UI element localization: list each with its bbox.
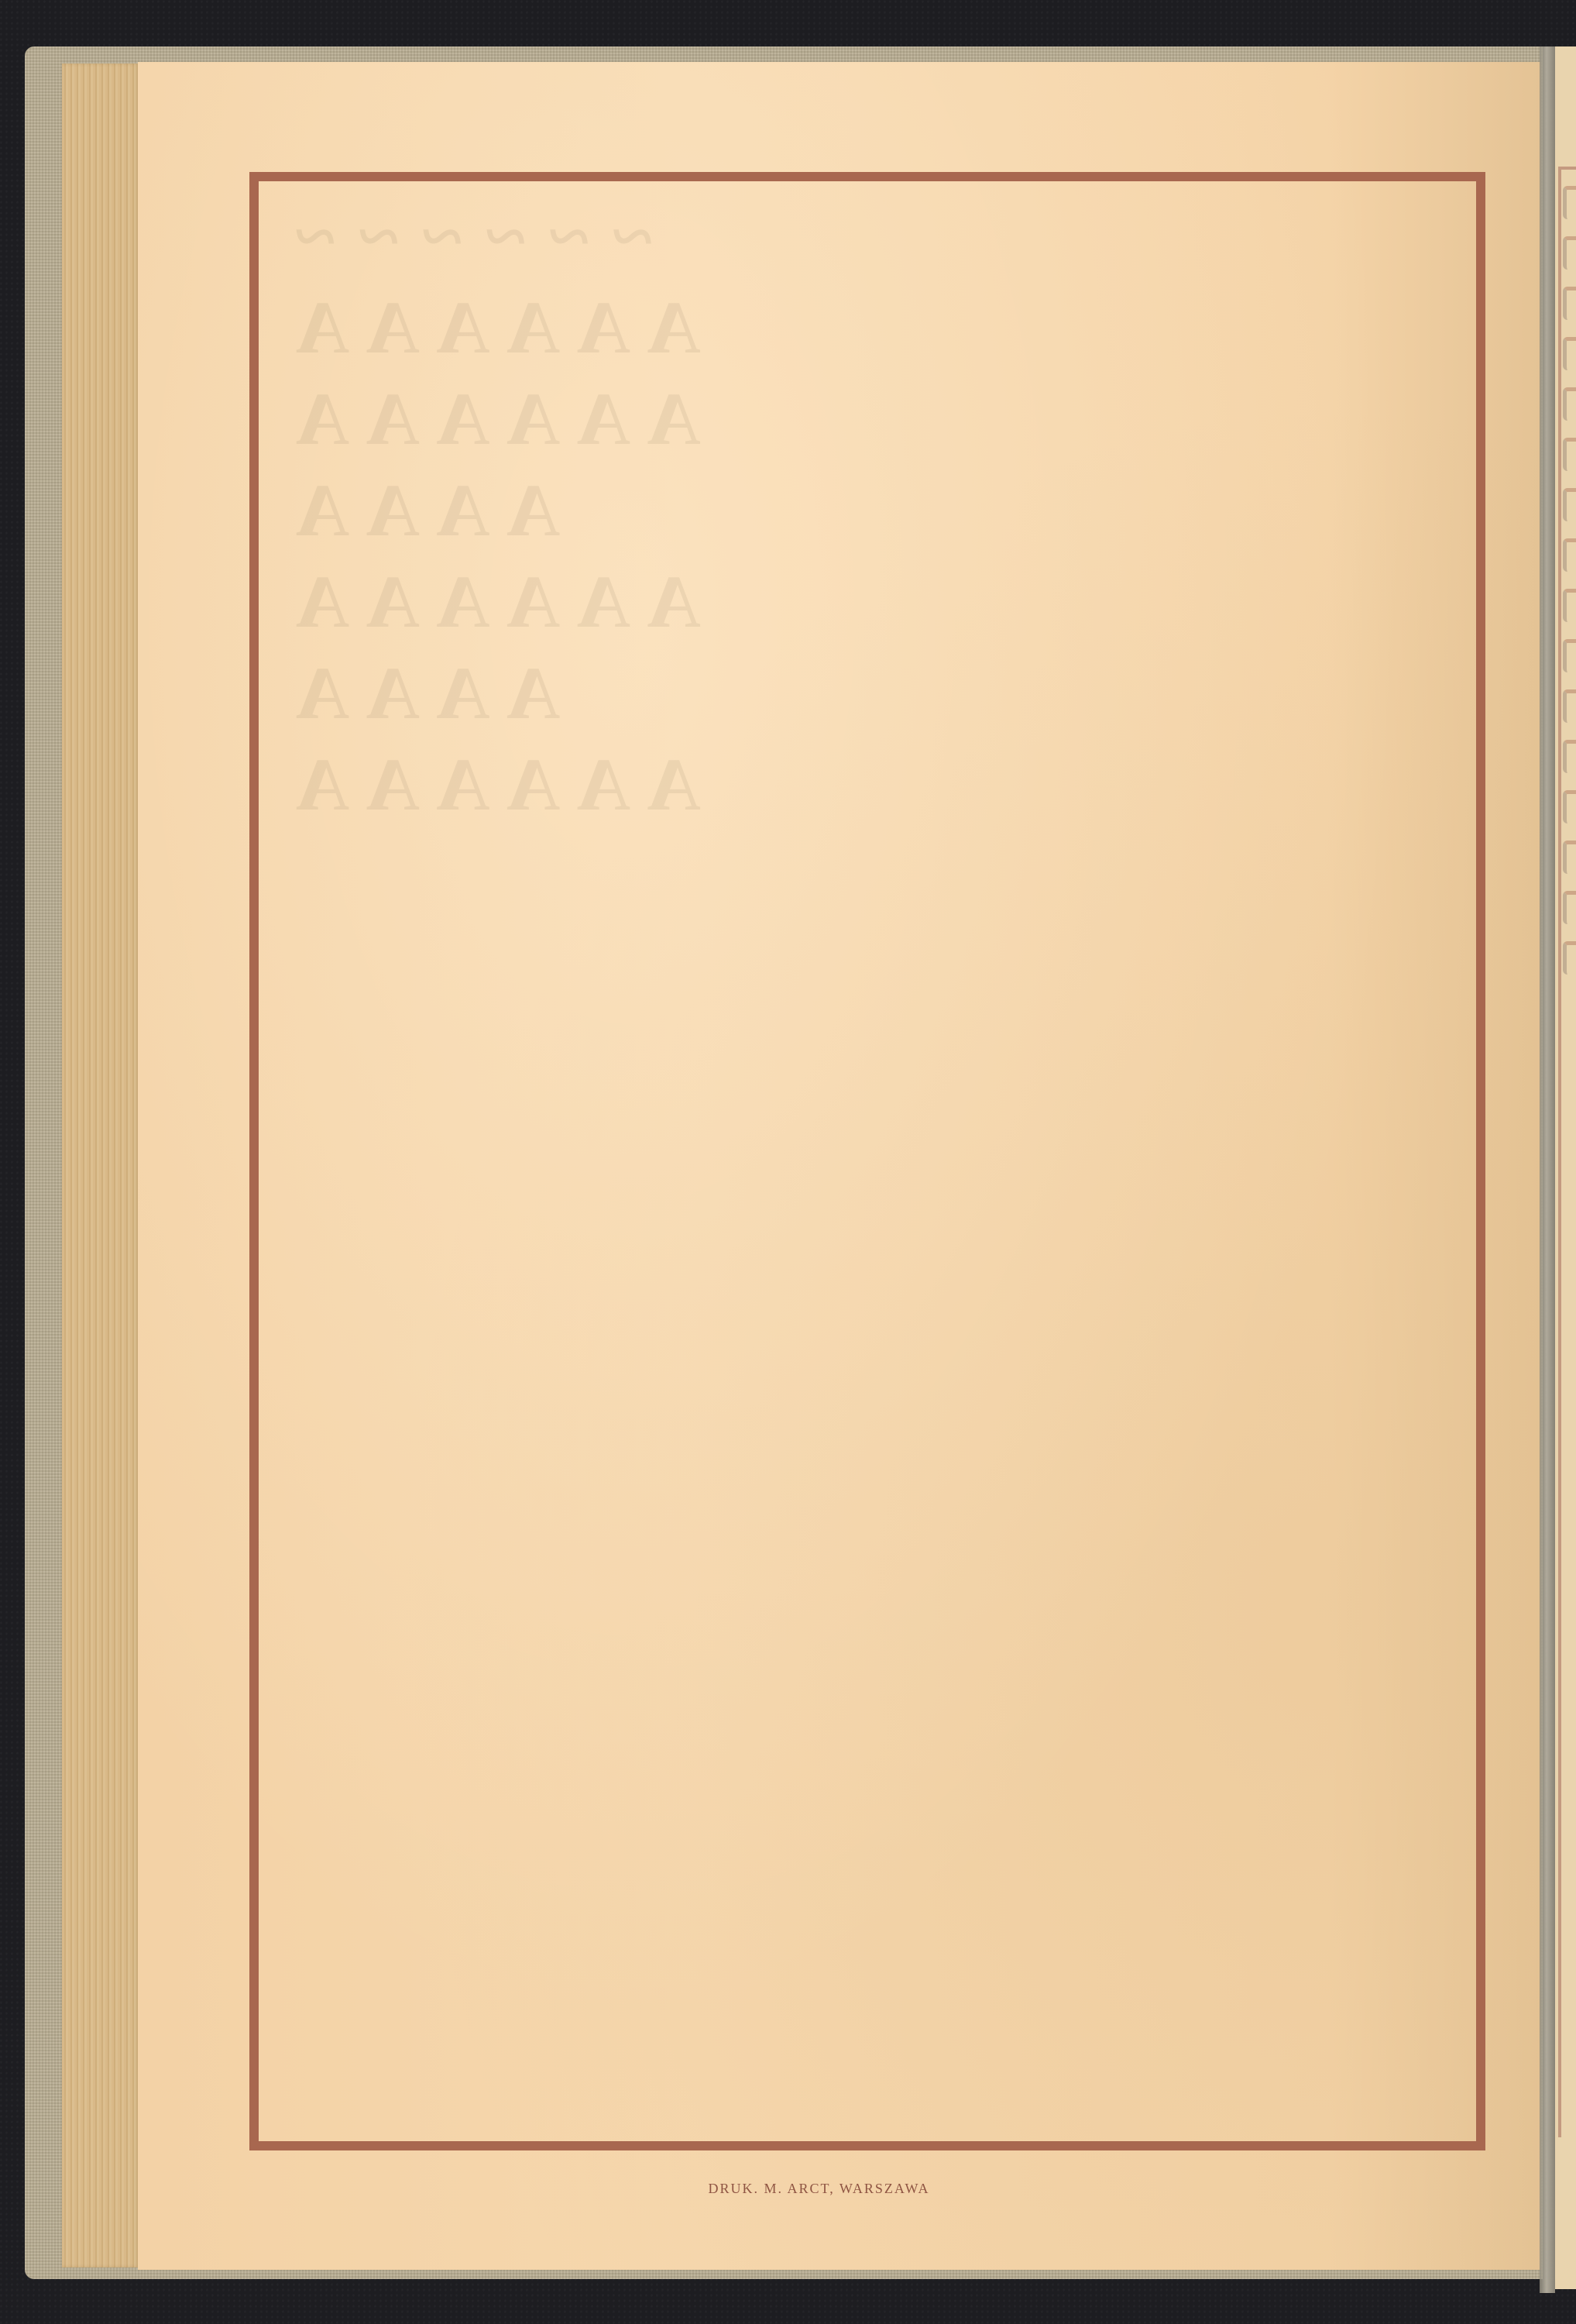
ornament-glyph — [1563, 891, 1576, 924]
ornament-glyph — [1563, 841, 1576, 874]
ornament-glyph — [1563, 236, 1576, 270]
ornament-glyph — [1563, 387, 1576, 421]
ornament-glyph — [1563, 538, 1576, 572]
ornament-glyph — [1563, 186, 1576, 219]
ornament-glyph — [1563, 287, 1576, 320]
ornament-glyph — [1563, 589, 1576, 622]
facing-page-ornaments — [1563, 186, 1576, 975]
decorative-border-frame — [249, 172, 1485, 2150]
page-edges — [62, 64, 139, 2267]
ornament-glyph — [1563, 941, 1576, 975]
printer-imprint: DRUK. M. ARCT, WARSZAWA — [0, 2181, 1576, 2197]
ornament-glyph — [1563, 337, 1576, 370]
ornament-glyph — [1563, 639, 1576, 672]
ornament-glyph — [1563, 740, 1576, 773]
ornament-glyph — [1563, 689, 1576, 723]
ornament-glyph — [1563, 790, 1576, 823]
book-gutter — [1540, 46, 1555, 2293]
ornament-glyph — [1563, 488, 1576, 521]
ornament-glyph — [1563, 438, 1576, 471]
